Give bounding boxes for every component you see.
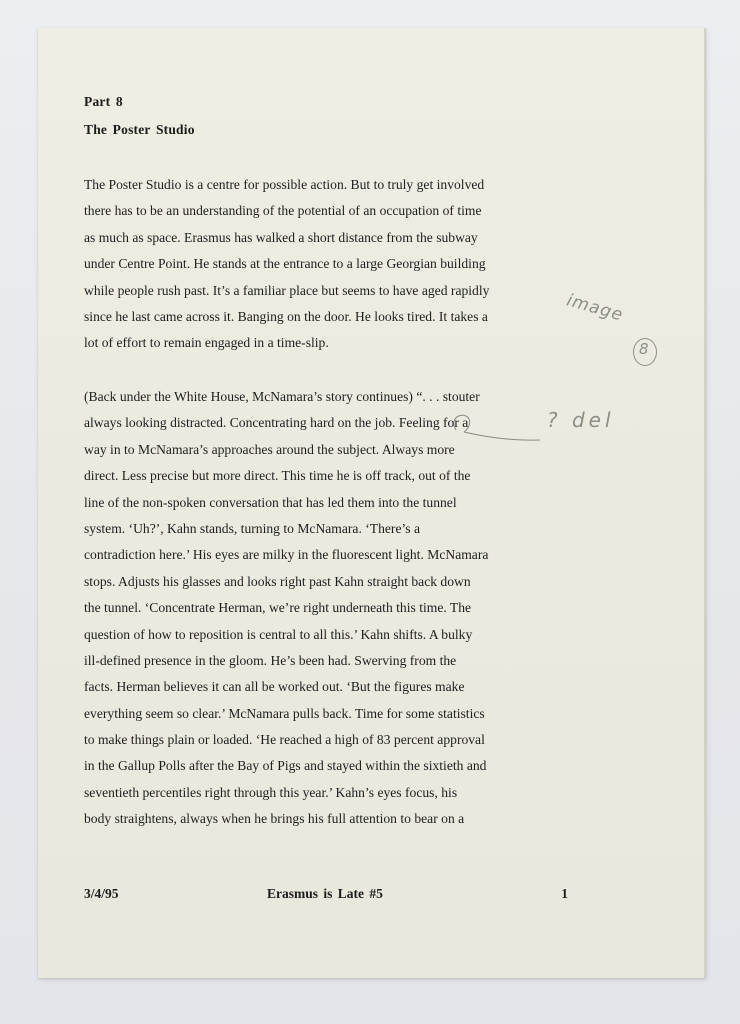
text-line: way in to McNamara’s approaches around t…: [84, 437, 488, 463]
text-line: question of how to reposition is central…: [84, 622, 488, 648]
paragraph-1: The Poster Studio is a centre for possib…: [84, 172, 489, 357]
text-line: (Back under the White House, McNamara’s …: [84, 384, 488, 410]
text-line: as much as space. Erasmus has walked a s…: [84, 225, 489, 251]
text-line: facts. Herman believes it can all be wor…: [84, 674, 488, 700]
margin-note-del: ? del: [547, 408, 615, 432]
text-line: under Centre Point. He stands at the ent…: [84, 251, 489, 277]
text-line: system. ‘Uh?’, Kahn stands, turning to M…: [84, 516, 488, 542]
text-line: The Poster Studio is a centre for possib…: [84, 172, 489, 198]
paragraph-2: (Back under the White House, McNamara’s …: [84, 384, 488, 833]
text-line: ill-defined presence in the gloom. He’s …: [84, 648, 488, 674]
section-title: The Poster Studio: [84, 122, 195, 138]
text-line: there has to be an understanding of the …: [84, 198, 489, 224]
text-line: contradiction here.’ His eyes are milky …: [84, 542, 488, 568]
footer-date: 3/4/95: [84, 886, 119, 902]
text-line: since he last came across it. Banging on…: [84, 304, 489, 330]
circled-number-text: 8: [639, 340, 649, 358]
footer-title: Erasmus is Late #5: [267, 886, 383, 902]
text-line: while people rush past. It’s a familiar …: [84, 278, 489, 304]
page-number: 1: [561, 886, 568, 902]
text-line: in the Gallup Polls after the Bay of Pig…: [84, 753, 488, 779]
circled-number: 8: [633, 338, 657, 366]
text-line: always looking distracted. Concentrating…: [84, 410, 488, 436]
page-edge: [704, 28, 706, 978]
part-label: Part 8: [84, 94, 123, 110]
text-line: lot of effort to remain engaged in a tim…: [84, 330, 489, 356]
text-line: body straightens, always when he brings …: [84, 806, 488, 832]
text-line: stops. Adjusts his glasses and looks rig…: [84, 569, 488, 595]
text-line: to make things plain or loaded. ‘He reac…: [84, 727, 488, 753]
page-footer: 3/4/95 Erasmus is Late #5 1: [84, 886, 576, 906]
text-line: direct. Less precise but more direct. Th…: [84, 463, 488, 489]
text-line: everything seem so clear.’ McNamara pull…: [84, 701, 488, 727]
text-line: seventieth percentiles right through thi…: [84, 780, 488, 806]
text-line: line of the non-spoken conversation that…: [84, 490, 488, 516]
text-line: the tunnel. ‘Concentrate Herman, we’re r…: [84, 595, 488, 621]
